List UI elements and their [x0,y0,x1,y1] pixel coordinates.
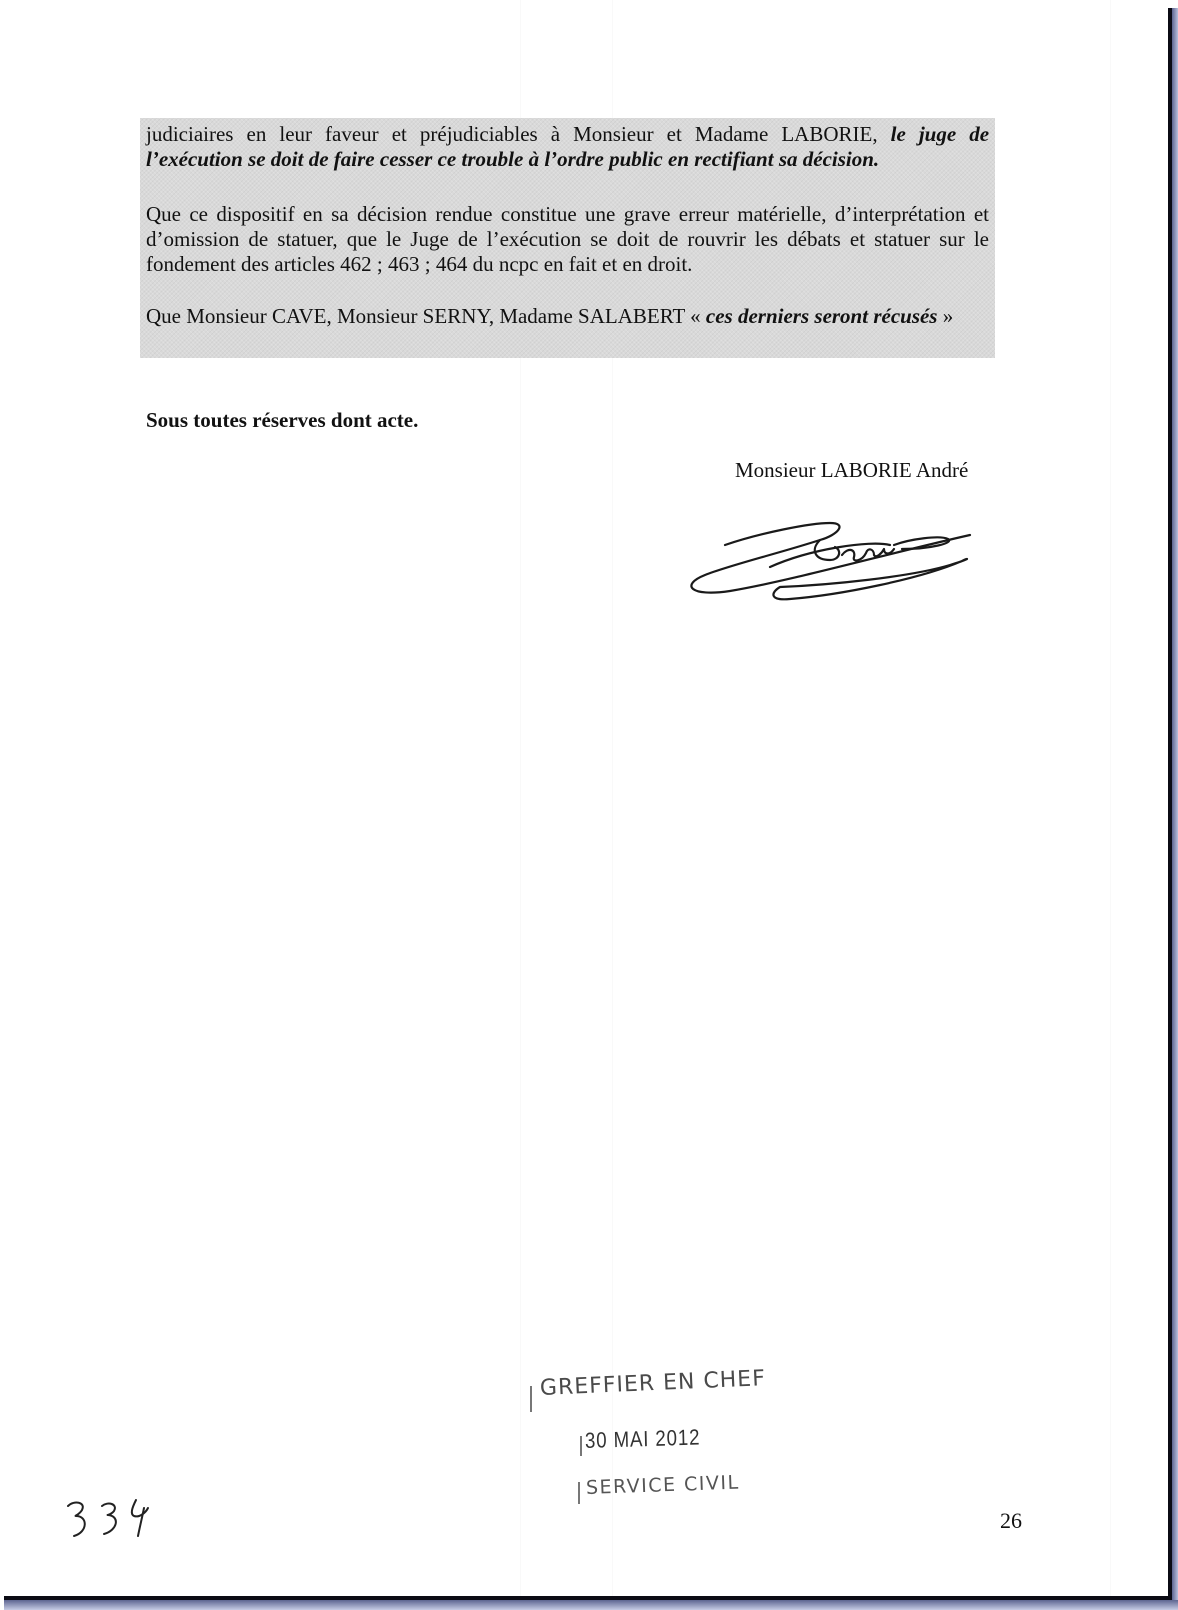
closing-formula: Sous toutes réserves dont acte. [146,408,418,433]
paragraph-text: Que Monsieur CAVE, Monsieur SERNY, Madam… [146,304,706,328]
paragraph-text: » [937,304,953,328]
paragraph-text: Que ce dispositif en sa décision rendue … [146,202,989,276]
stamp-office: GREFFIER EN CHEF [539,1366,766,1401]
signature-icon [670,505,990,605]
document-page: judiciaires en leur faveur et préjudicia… [0,0,1168,1596]
stamp-mark [578,1482,580,1504]
page-number: 26 [1000,1508,1022,1534]
emphasis-text: ces derniers seront récusés [706,304,938,328]
stamp-mark [530,1386,532,1412]
page-edge-shadow [1172,8,1178,1610]
paragraph-judge-duty: judiciaires en leur faveur et préjudicia… [146,122,989,172]
signer-name: Monsieur LABORIE André [735,458,968,483]
stamp-service: SERVICE CIVIL [586,1472,740,1499]
page-edge-shadow [4,1600,1178,1610]
stamp-mark [580,1436,582,1456]
paragraph-recusal: Que Monsieur CAVE, Monsieur SERNY, Madam… [146,304,989,329]
scan-artifact [1110,0,1111,1596]
handwritten-number-icon [64,1496,154,1542]
paragraph-material-error: Que ce dispositif en sa décision rendue … [146,202,989,277]
stamp-date: 30 MAI 2012 [585,1424,701,1454]
paragraph-text: judiciaires en leur faveur et préjudicia… [146,122,891,146]
handwritten-page-number: 334 [64,1496,154,1542]
